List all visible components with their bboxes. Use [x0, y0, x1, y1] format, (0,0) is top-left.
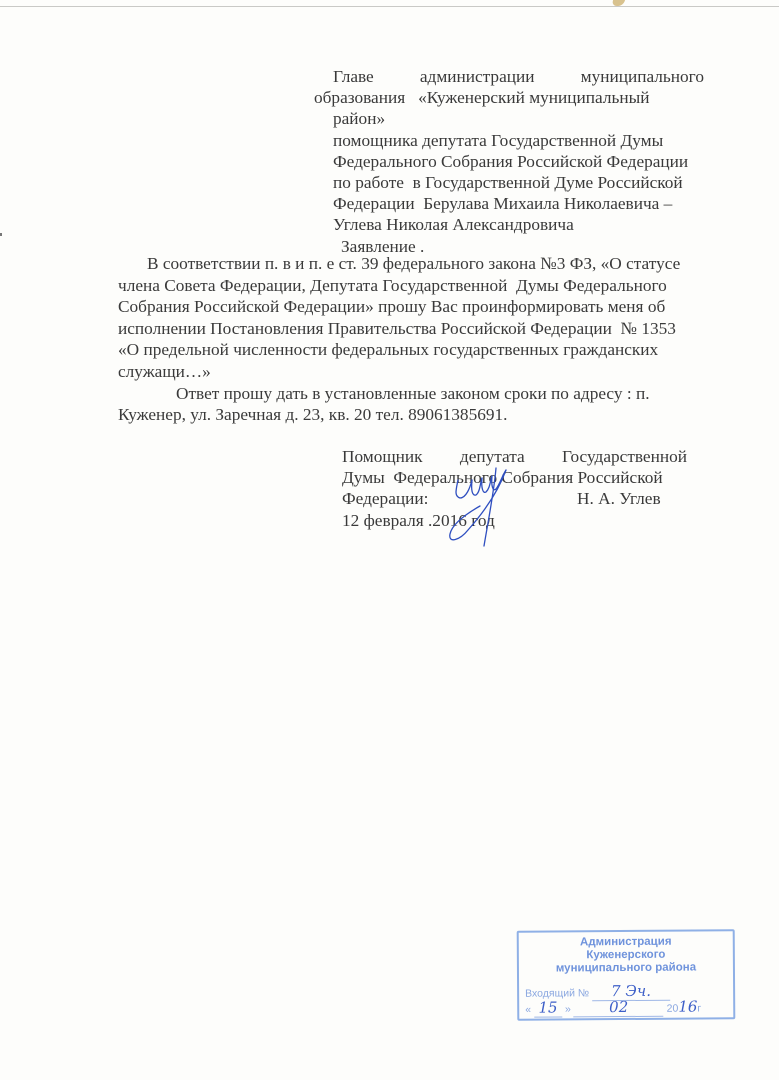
addressee-line-3: район» [314, 108, 704, 129]
page-top-edge [0, 6, 779, 7]
body-line: члена Совета Федерации, Депутата Государ… [118, 275, 718, 297]
addressee-block: Главе администрации муниципального образ… [314, 66, 704, 257]
body-line: Куженер, ул. Заречная д. 23, кв. 20 тел.… [118, 404, 718, 426]
body-line: Ответ прошу дать в установленные законом… [118, 383, 718, 405]
stamp-date: « 15 » 02 2016г [525, 997, 725, 1017]
scan-artifact [0, 233, 2, 236]
signer-name: Н. А. Углев [577, 488, 661, 509]
body-line: «О предельной численности федеральных го… [118, 339, 718, 361]
body-line: В соответствии п. в и п. е ст. 39 федера… [118, 253, 718, 275]
stamp-org-line: муниципального района [519, 961, 733, 975]
body-line: Собрания Российской Федерации» прошу Вас… [118, 296, 718, 318]
stamp-day: 15 [534, 998, 562, 1017]
document-body: В соответствии п. в и п. е ст. 39 федера… [118, 253, 718, 426]
sender-line: помощника депутата Государственной Думы [314, 130, 704, 151]
sender-line: Федерации Берулава Михаила Николаевича – [314, 193, 704, 214]
stamp-month: 02 [574, 998, 664, 1018]
body-line: исполнении Постановления Правительства Р… [118, 318, 718, 340]
addressee-line-2: образования «Куженерский муниципальный [314, 87, 704, 108]
sender-line: Федерального Собрания Российской Федерац… [314, 151, 704, 172]
incoming-registration-stamp: Администрация Куженерского муниципальног… [517, 929, 736, 1021]
body-line: служащи…» [118, 361, 718, 383]
handwritten-signature [440, 462, 530, 552]
stamp-year: 16 [678, 998, 697, 1016]
sender-line: Углева Николая Александровича [314, 214, 704, 235]
addressee-line-1: Главе администрации муниципального [314, 66, 704, 87]
sender-line: по работе в Государственной Думе Российс… [314, 172, 704, 193]
